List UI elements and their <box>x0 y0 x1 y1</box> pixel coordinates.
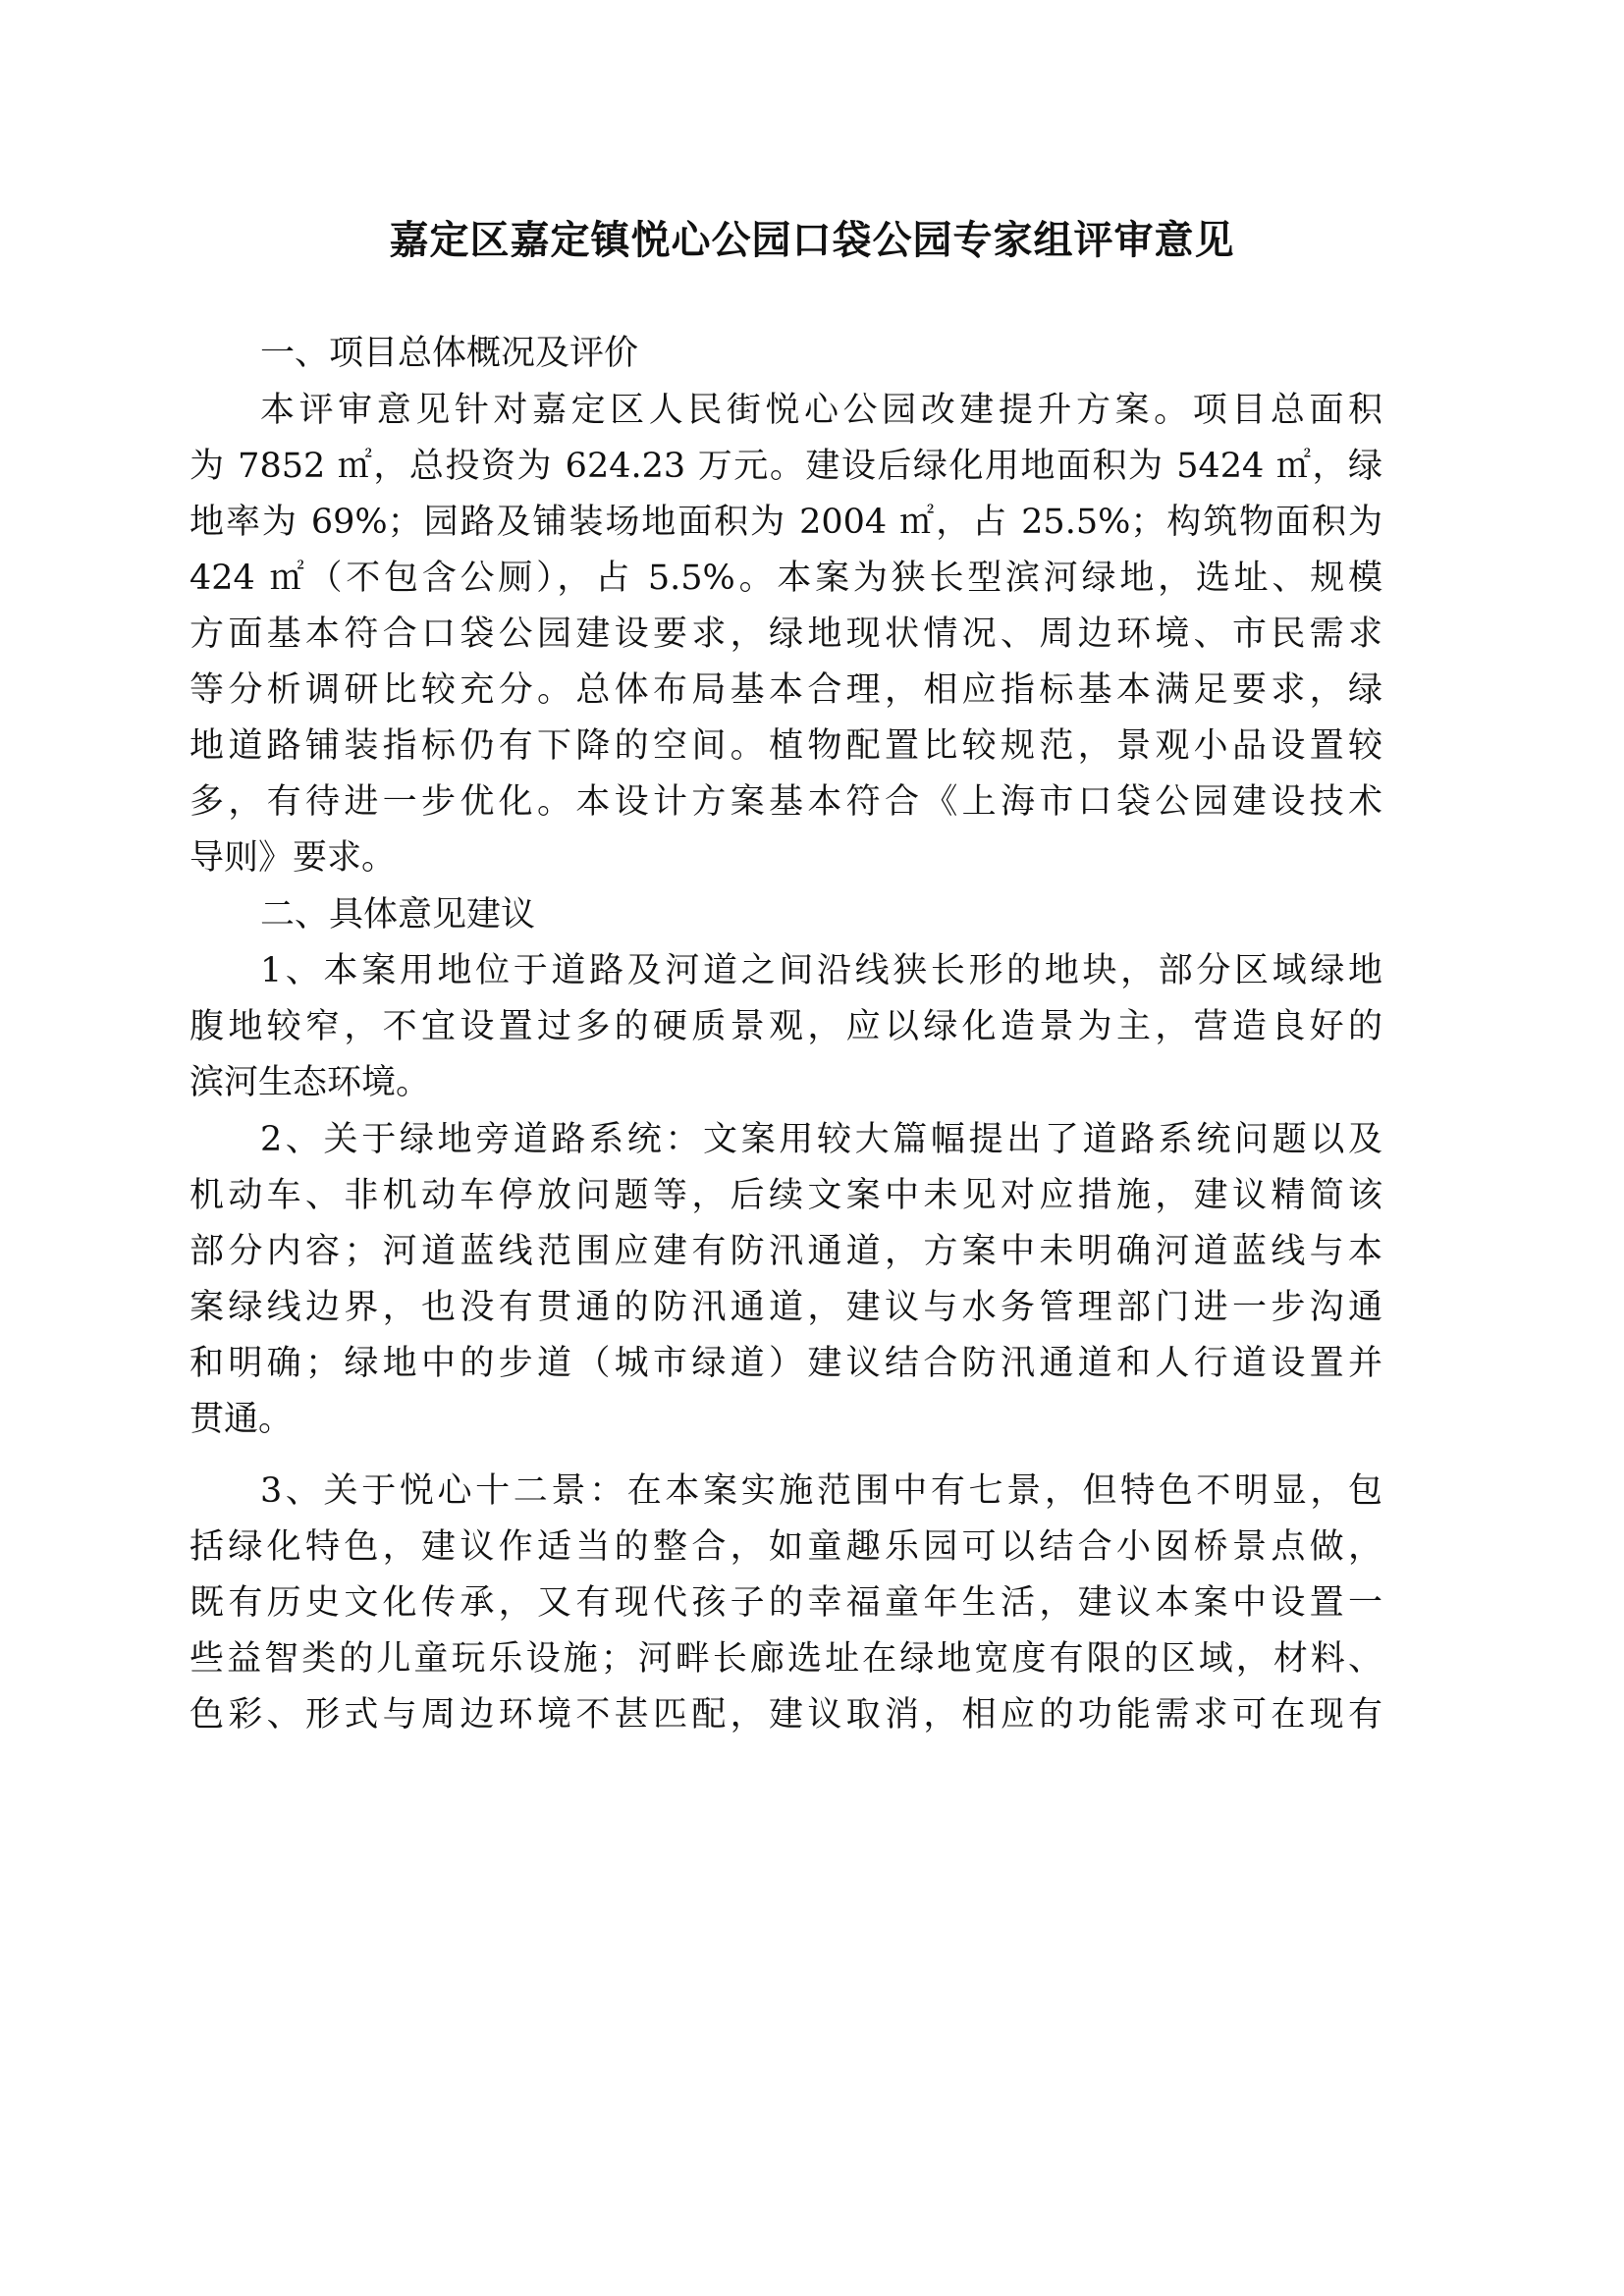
paragraph-line: 些益智类的儿童玩乐设施；河畔长廊选址在绿地宽度有限的区域，材料、 <box>189 1634 1382 1683</box>
paragraph-line: 2、关于绿地旁道路系统：文案用较大篇幅提出了道路系统问题以及 <box>260 1115 1382 1164</box>
paragraph-line: 方面基本符合口袋公园建设要求，绿地现状情况、周边环境、市民需求 <box>189 610 1382 659</box>
paragraph-line: 3、关于悦心十二景：在本案实施范围中有七景，但特色不明显，包 <box>260 1467 1382 1516</box>
paragraph-line: 地道路铺装指标仍有下降的空间。植物配置比较规范，景观小品设置较 <box>189 721 1382 771</box>
paragraph-line: 424 ㎡（不包含公厕），占 5.5%。本案为狭长型滨河绿地，选址、规模 <box>189 554 1382 603</box>
document-page: 嘉定区嘉定镇悦心公园口袋公园专家组评审意见 一、项目总体概况及评价 本评审意见针… <box>0 0 1624 2296</box>
paragraph-line: 贯通。 <box>189 1395 1382 1444</box>
paragraph-line: 1、本案用地位于道路及河道之间沿线狭长形的地块，部分区域绿地 <box>260 946 1382 995</box>
document-title: 嘉定区嘉定镇悦心公园口袋公园专家组评审意见 <box>0 211 1624 270</box>
paragraph-line: 部分内容；河道蓝线范围应建有防汛通道，方案中未明确河道蓝线与本 <box>189 1227 1382 1276</box>
paragraph-line: 地率为 69%；园路及铺装场地面积为 2004 ㎡，占 25.5%；构筑物面积为 <box>189 498 1382 547</box>
paragraph-line: 既有历史文化传承，又有现代孩子的幸福童年生活，建议本案中设置一 <box>189 1578 1382 1628</box>
section-heading-1: 一、项目总体概况及评价 <box>260 329 1382 378</box>
section-heading-2: 二、具体意见建议 <box>260 890 1382 939</box>
paragraph-line: 本评审意见针对嘉定区人民街悦心公园改建提升方案。项目总面积 <box>260 386 1382 435</box>
paragraph-line: 等分析调研比较充分。总体布局基本合理，相应指标基本满足要求，绿 <box>189 666 1382 715</box>
paragraph-line: 腹地较窄，不宜设置过多的硬质景观，应以绿化造景为主，营造良好的 <box>189 1002 1382 1051</box>
paragraph-line: 色彩、形式与周边环境不甚匹配，建议取消，相应的功能需求可在现有 <box>189 1690 1382 1739</box>
paragraph-line: 和明确；绿地中的步道（城市绿道）建议结合防汛通道和人行道设置并 <box>189 1339 1382 1388</box>
paragraph-line: 为 7852 ㎡，总投资为 624.23 万元。建设后绿化用地面积为 5424 … <box>189 442 1382 491</box>
paragraph-line: 滨河生态环境。 <box>189 1058 1382 1107</box>
paragraph-line: 导则》要求。 <box>189 833 1382 882</box>
paragraph-line: 案绿线边界，也没有贯通的防汛通道，建议与水务管理部门进一步沟通 <box>189 1283 1382 1332</box>
paragraph-line: 多，有待进一步优化。本设计方案基本符合《上海市口袋公园建设技术 <box>189 777 1382 827</box>
paragraph-line: 括绿化特色，建议作适当的整合，如童趣乐园可以结合小囡桥景点做， <box>189 1522 1382 1572</box>
paragraph-line: 机动车、非机动车停放问题等，后续文案中未见对应措施，建议精简该 <box>189 1171 1382 1220</box>
